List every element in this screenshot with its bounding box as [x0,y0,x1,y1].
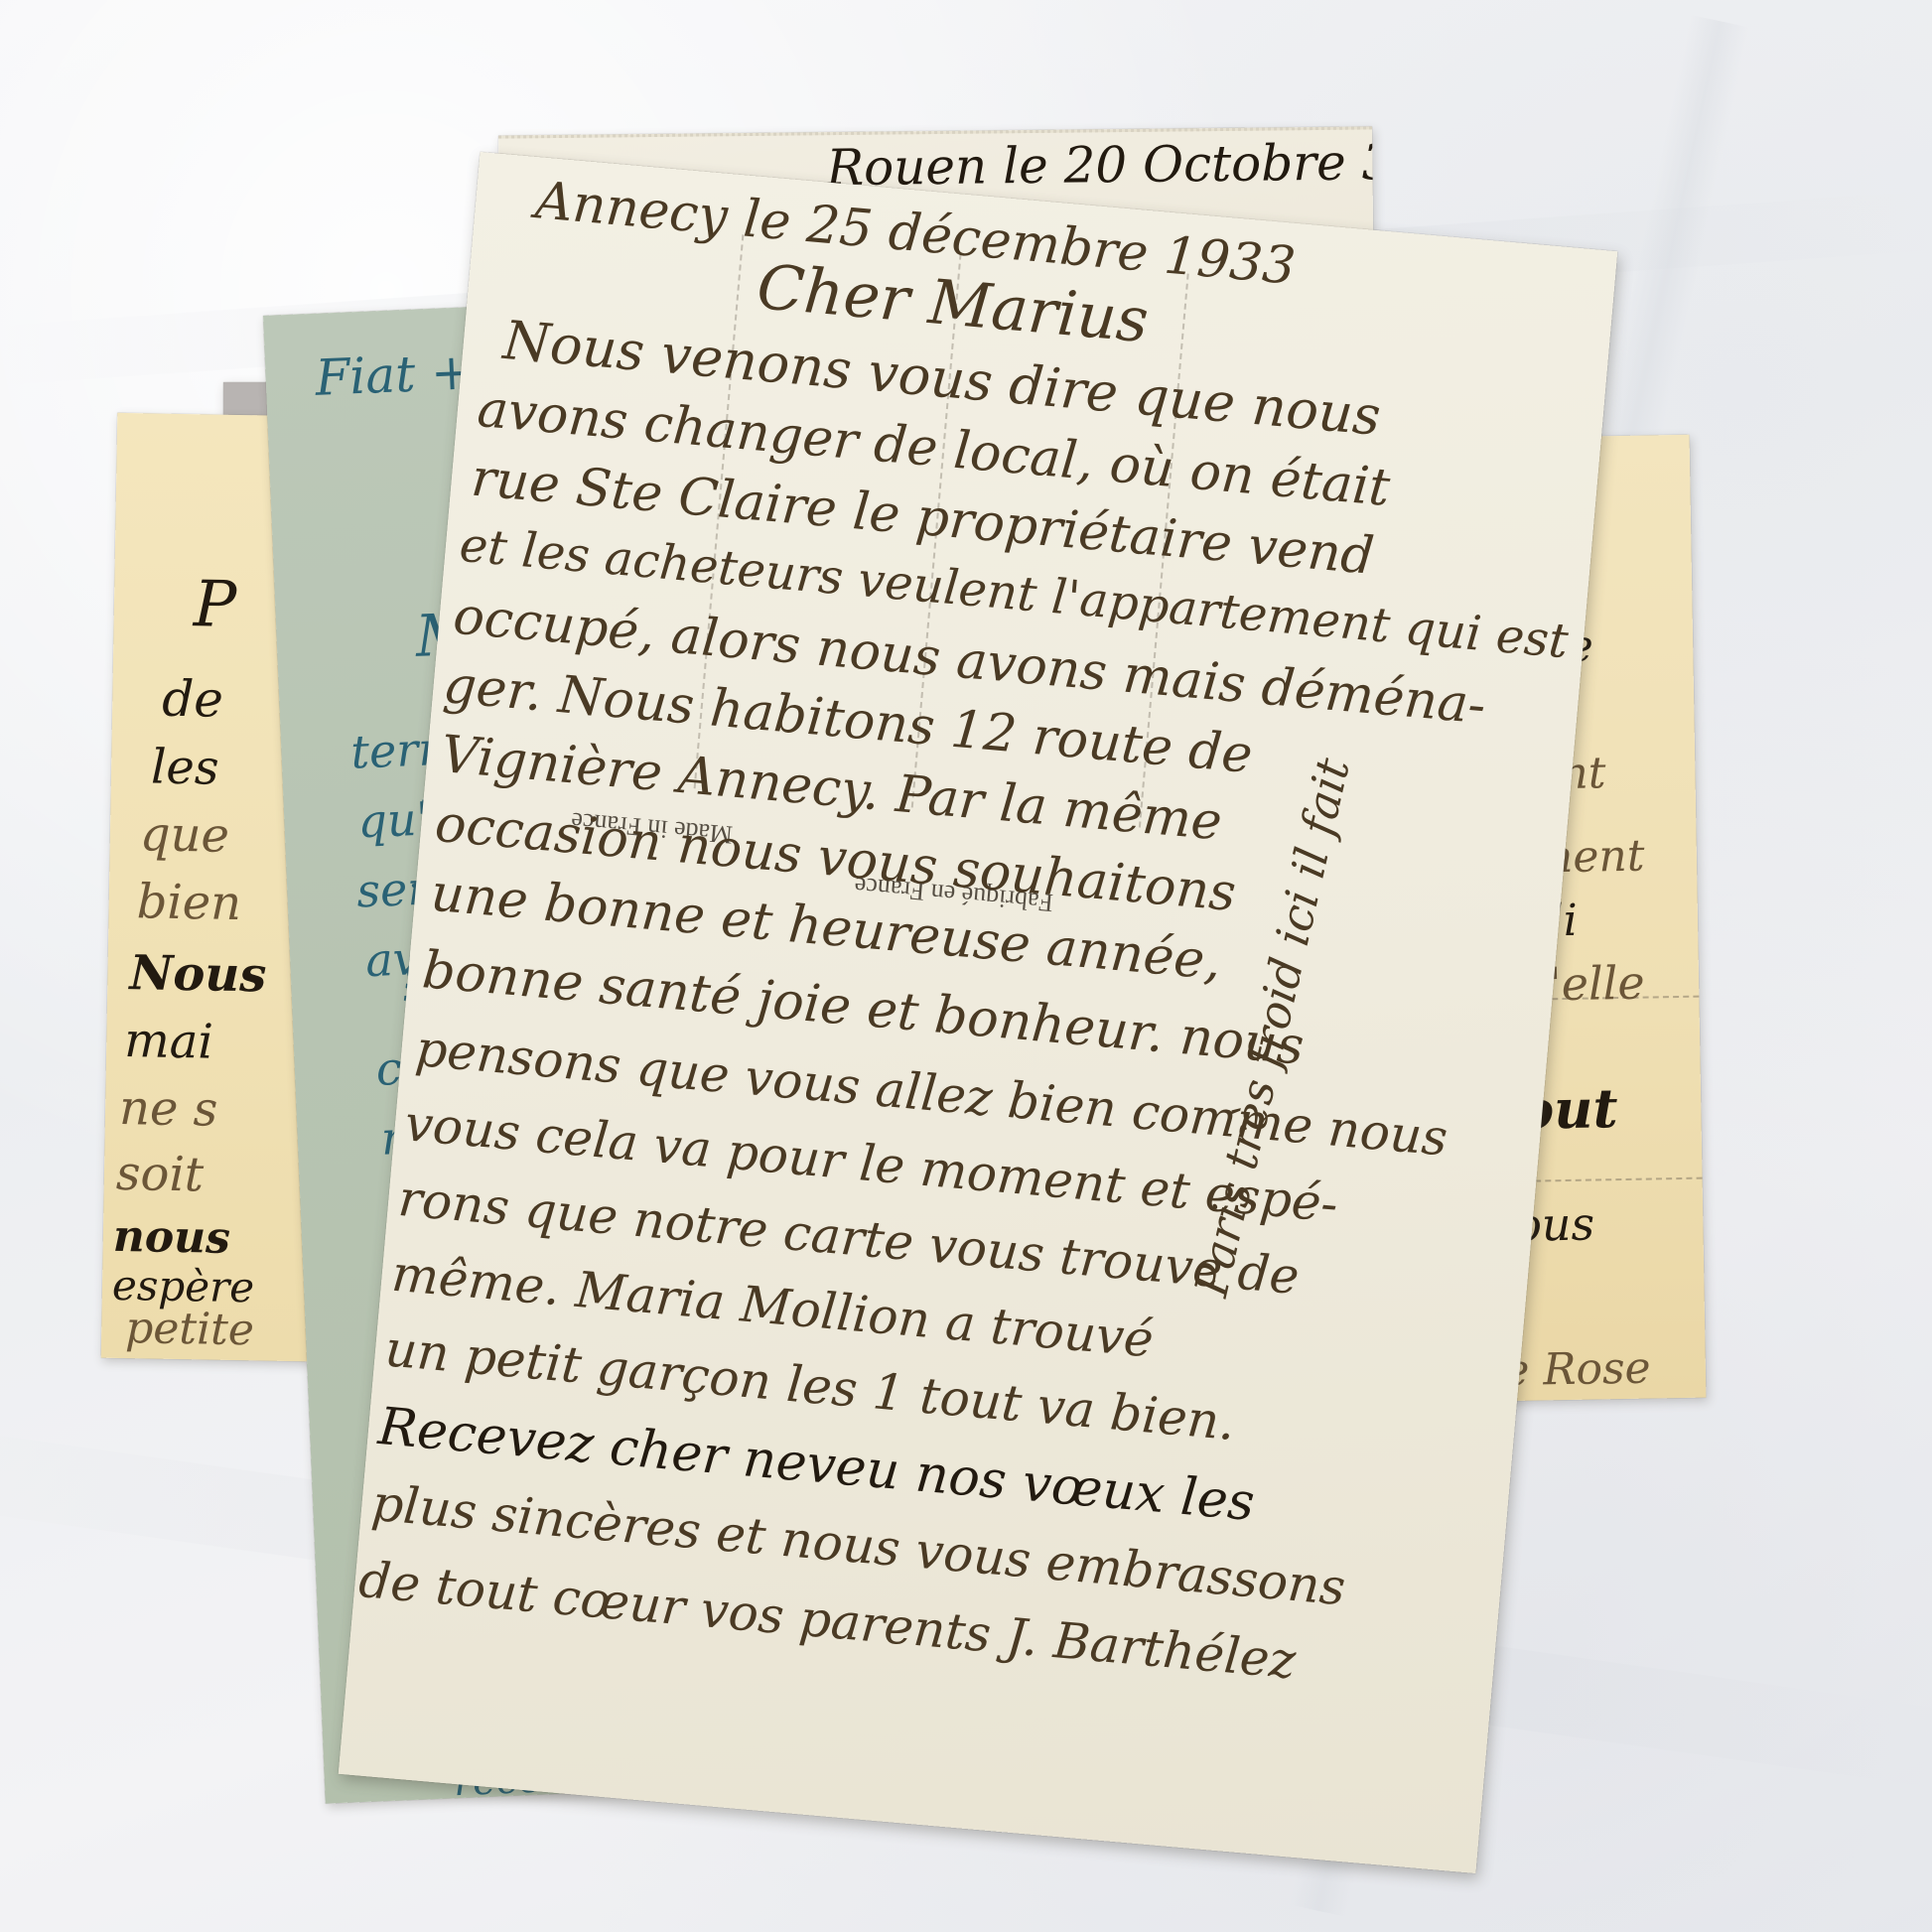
yellow-left-line: Nous [129,949,267,999]
green-card-top-note: Fiat + [315,346,474,403]
yellow-left-line: soit [116,1150,205,1199]
rouen-date-header: Rouen le 20 Octobre 34 [826,137,1378,193]
yellow-left-line: mai [124,1017,213,1066]
yellow-left-line: les [151,743,219,791]
yellow-left-line: que [140,810,230,860]
yellow-left-line: petite [125,1307,254,1352]
yellow-left-line: bien [136,878,241,927]
yellow-left-line: ne s [119,1084,218,1134]
yellow-left-line: de [162,674,223,725]
yellow-left-line: P [193,573,236,637]
postcard-annecy-main: Made in France Fabriqué en France Annecy… [339,152,1618,1873]
yellow-left-line: nous [112,1215,230,1261]
